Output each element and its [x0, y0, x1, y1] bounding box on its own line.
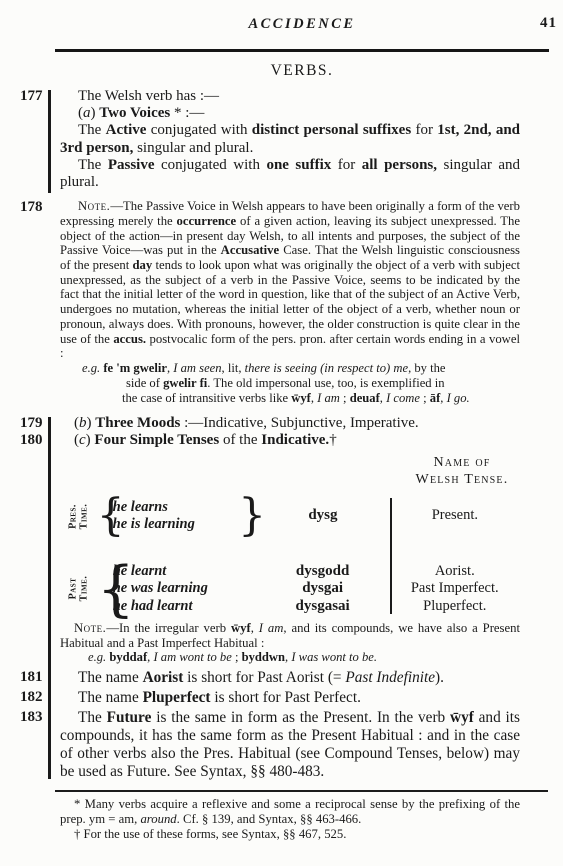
section-number: 181 — [20, 669, 50, 686]
welsh-form: dysgasai — [262, 598, 384, 616]
paragraph: The name Aorist is short for Past Aorist… — [60, 669, 520, 687]
english-gloss: he learnt — [113, 563, 239, 581]
tense-name-column: Present. — [390, 507, 520, 525]
english-gloss: he was learning — [113, 580, 239, 598]
paragraph: The Active conjugated with distinct pers… — [60, 122, 520, 156]
paragraph: (c) Four Simple Tenses of the Indicative… — [60, 432, 520, 449]
welsh-form: dysg — [262, 507, 384, 525]
section-number: 180 — [20, 432, 50, 449]
row-group-label: Pres. Time. — [60, 506, 97, 527]
table-column-header-line: Welsh Tense. — [392, 472, 532, 489]
welsh-form-column: dysgodd dysgai dysgasai — [262, 563, 384, 616]
brace-open: { — [97, 562, 113, 616]
tense-table: Pres. Time. { he learns he is learning }… — [60, 496, 520, 616]
section-number: 178 — [20, 199, 50, 216]
section-181: 181 The name Aorist is short for Past Ao… — [60, 669, 520, 687]
welsh-form: dysgai — [262, 580, 384, 598]
paragraph: (a) Two Voices * :— — [60, 105, 520, 122]
table-column-header: Name of Welsh Tense. — [392, 455, 532, 488]
paragraph: (b) Three Moods :—Indicative, Subjunctiv… — [60, 415, 520, 432]
row-group-label: Past Time. — [60, 578, 97, 599]
section-number: 183 — [20, 709, 50, 726]
section-179: 179 (b) Three Moods :—Indicative, Subjun… — [60, 415, 520, 432]
section-178: 178 Note.—The Passive Voice in Welsh app… — [60, 199, 520, 406]
tense-name: Pluperfect. — [390, 598, 520, 616]
welsh-form: dysgodd — [262, 563, 384, 581]
brace-close: } — [238, 496, 258, 536]
section-number: 179 — [20, 415, 50, 432]
row-group-label-text: Past Time. — [68, 576, 89, 602]
section-180: 180 (c) Four Simple Tenses of the Indica… — [60, 432, 520, 449]
english-gloss: he had learnt — [113, 598, 239, 616]
brace-open: { — [97, 496, 113, 536]
example-line: e.g. fe 'm gwelir, I am seen, lit, there… — [82, 361, 520, 376]
tense-name: Present. — [390, 507, 520, 525]
section-group-179-183: 179 (b) Three Moods :—Indicative, Subjun… — [60, 415, 520, 781]
english-gloss-column: he learns he is learning — [113, 499, 238, 534]
tense-name: Aorist. — [390, 563, 520, 581]
table-row-group-present: Pres. Time. { he learns he is learning }… — [60, 496, 520, 536]
example-line: side of gwelir fi. The old impersonal us… — [126, 376, 520, 391]
table-note: Note.—In the irregular verb w̄yf, I am, … — [60, 621, 520, 665]
tense-name-column: Aorist. Past Imperfect. Pluperfect. — [390, 563, 520, 616]
welsh-form-column: dysg — [262, 507, 384, 525]
chapter-heading: VERBS. — [55, 62, 549, 80]
footnote: † For the use of these forms, see Syntax… — [60, 827, 520, 842]
footnote-rule — [55, 790, 548, 792]
note-paragraph: Note.—In the irregular verb w̄yf, I am, … — [60, 621, 520, 650]
table-divider — [390, 498, 392, 614]
english-gloss-column: he learnt he was learning he had learnt — [113, 563, 239, 616]
footnote: * Many verbs acquire a reflexive and som… — [60, 797, 520, 827]
footnotes: * Many verbs acquire a reflexive and som… — [60, 797, 520, 842]
example-line: e.g. byddaf, I am wont to be ; byddwn, I… — [88, 650, 520, 665]
running-head: ACCIDENCE — [55, 16, 549, 33]
note-paragraph: Note.—The Passive Voice in Welsh appears… — [60, 199, 520, 361]
section-number: 177 — [20, 88, 50, 105]
section-rule — [48, 90, 51, 193]
tense-name: Past Imperfect. — [390, 580, 520, 598]
table-column-header-line: Name of — [392, 455, 532, 472]
header-rule — [55, 49, 549, 52]
paragraph: The Welsh verb has :— — [60, 88, 520, 105]
section-182: 182 The name Pluperfect is short for Pas… — [60, 689, 520, 707]
page-number: 41 — [540, 15, 557, 32]
row-group-label-text: Pres. Time. — [68, 503, 89, 529]
section-177: 177 The Welsh verb has :— (a) Two Voices… — [60, 88, 520, 191]
table-row-group-past: Past Time. { he learnt he was learning h… — [60, 562, 520, 616]
english-gloss: he is learning — [113, 516, 238, 534]
paragraph: The name Pluperfect is short for Past Pe… — [60, 689, 520, 707]
paragraph: The Future is the same in form as the Pr… — [60, 709, 520, 781]
paragraph: The Passive conjugated with one suffix f… — [60, 157, 520, 191]
english-gloss: he learns — [113, 499, 238, 517]
book-page: ACCIDENCE 41 VERBS. 177 The Welsh verb h… — [0, 0, 563, 866]
text-column: 177 The Welsh verb has :— (a) Two Voices… — [60, 88, 520, 842]
section-183: 183 The Future is the same in form as th… — [60, 709, 520, 781]
example-line: the case of intransitive verbs like w̄yf… — [122, 391, 520, 406]
section-number: 182 — [20, 689, 50, 706]
